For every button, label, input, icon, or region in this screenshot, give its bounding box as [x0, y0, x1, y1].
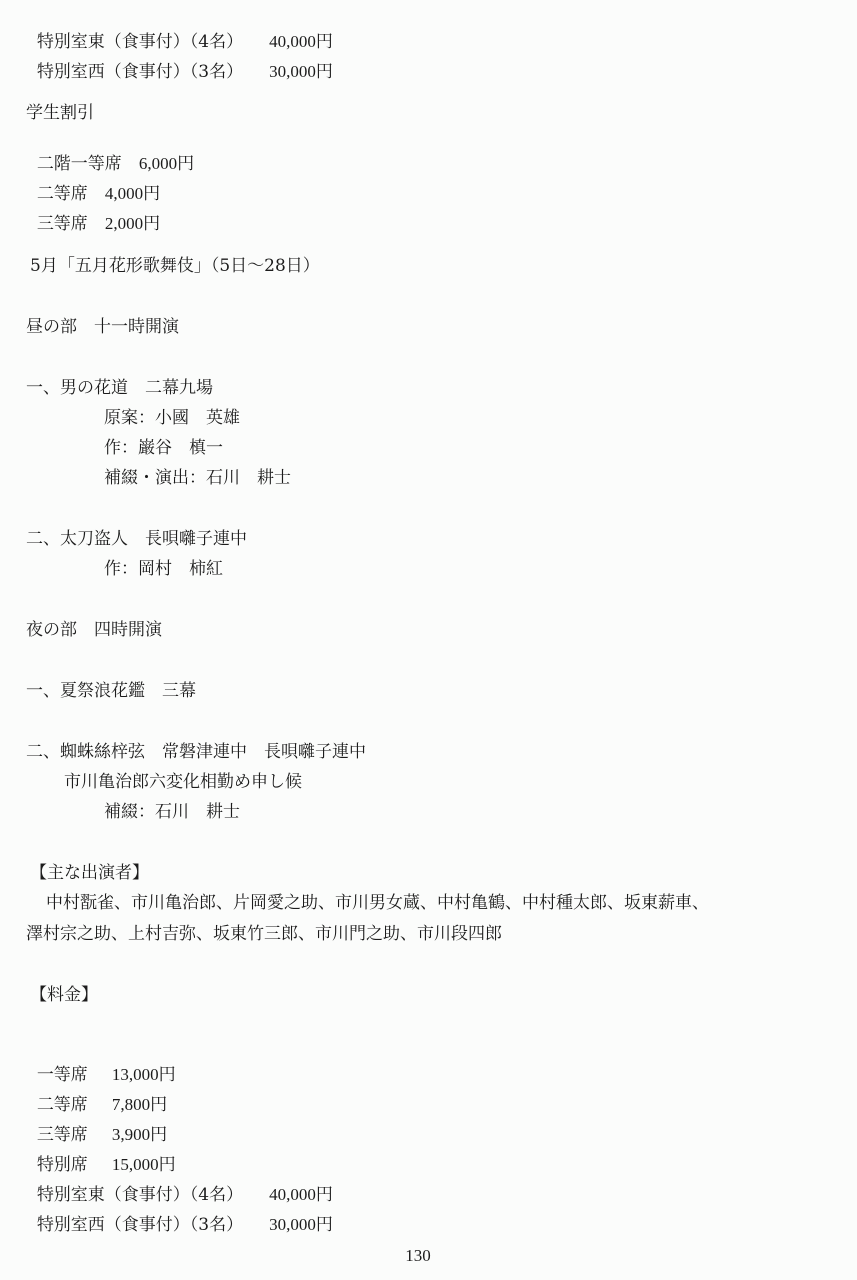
student-price-row: 二等席4,000円: [26, 164, 160, 184]
play-credit: 作：岡村 柿紅: [104, 559, 223, 579]
fee-row: 特別室東（食事付）（4名）40,000円: [26, 1165, 333, 1185]
night-section-heading: 夜の部 四時開演: [26, 620, 162, 640]
price-value: 2,000円: [105, 214, 160, 233]
top-price-row: 特別室西（食事付）（3名）30,000円: [26, 42, 333, 62]
fee-row: 一等席13,000円: [26, 1045, 176, 1065]
day-section-heading: 昼の部 十一時開演: [26, 317, 179, 337]
fee-row: 三等席3,900円: [26, 1105, 167, 1125]
play-subtitle: 市川亀治郎六変化相勤め申し候: [64, 772, 302, 792]
price-label: 特別室西（食事付）（3名）: [37, 1215, 243, 1235]
cast-line: 澤村宗之助、上村吉弥、坂東竹三郎、市川門之助、市川段四郎: [26, 924, 502, 944]
price-label: 特別室西（食事付）（3名）: [37, 62, 243, 82]
price-value: 30,000円: [269, 62, 333, 81]
fee-row: 特別室西（食事付）（3名）30,000円: [26, 1195, 333, 1215]
fees-heading: 【料金】: [30, 985, 98, 1005]
play-title: 一、男の花道 二幕九場: [26, 378, 213, 398]
price-label: 三等席: [37, 214, 88, 234]
student-price-row: 二階一等席6,000円: [26, 134, 194, 154]
play-credit: 原案：小國 英雄: [104, 408, 240, 428]
play-title: 二、太刀盗人 長唄囃子連中: [26, 529, 247, 549]
program-title: 5月「五月花形歌舞伎」（5日〜28日）: [30, 256, 320, 276]
play-credit: 作：巌谷 槙一: [104, 438, 223, 458]
page-number: 130: [0, 1246, 836, 1266]
cast-heading: 【主な出演者】: [30, 863, 149, 883]
play-credit: 補綴・演出：石川 耕士: [104, 468, 291, 488]
student-price-row: 三等席2,000円: [26, 194, 160, 214]
cast-line: 中村翫雀、市川亀治郎、片岡愛之助、市川男女蔵、中村亀鶴、中村種太郎、坂東薪車、: [46, 893, 709, 913]
fee-row: 二等席7,800円: [26, 1075, 167, 1095]
top-price-row: 特別室東（食事付）（4名）40,000円: [26, 12, 333, 32]
play-title: 一、夏祭浪花鑑 三幕: [26, 681, 196, 701]
play-credit: 補綴：石川 耕士: [104, 802, 240, 822]
student-discount-heading: 学生割引: [26, 103, 94, 123]
fee-row: 特別席15,000円: [26, 1135, 176, 1155]
play-title: 二、蜘蛛絲梓弦 常磐津連中 長唄囃子連中: [26, 742, 366, 762]
price-value: 30,000円: [269, 1215, 333, 1234]
